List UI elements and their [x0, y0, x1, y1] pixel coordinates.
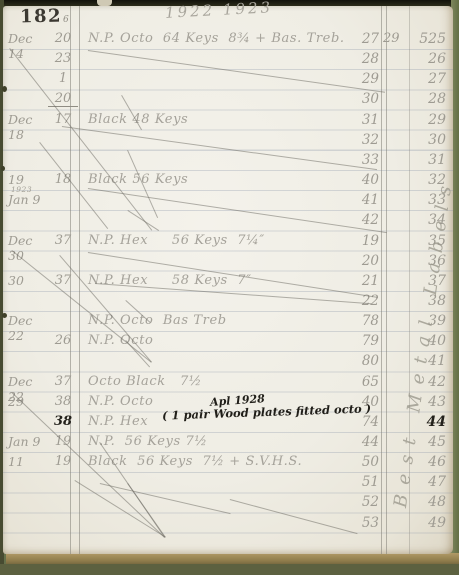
row-entry-number: 47 [410, 474, 446, 490]
row-date: Jan 9 [8, 192, 52, 207]
row-serial-number: 65 [350, 374, 379, 390]
row-serial-number: 40 [350, 172, 379, 188]
ledger-scan: { "colors": { "paper": "#f1efe7", "penci… [0, 0, 459, 575]
row-entry-number: 30 [410, 132, 446, 148]
row-serial-number: 80 [350, 353, 379, 369]
row-serial-number: 52 [350, 494, 379, 510]
row-entry-number: 26 [410, 51, 446, 67]
row-serial-number: 30 [350, 91, 379, 107]
ledger-row: 11 19 Black 56 Keys 7½ + S.V.H.S. 50 46 [3, 454, 453, 474]
ledger-row: 80 41 [3, 353, 453, 373]
ledger-row: Dec 18 17 Black 48 Keys 31 29 [3, 112, 453, 132]
ledger-row: Dec 30 37 N.P. Hex 56 Keys 7¼″ 19 35 [3, 233, 453, 253]
row-ref-number: 37 [48, 233, 78, 248]
ledger-row: 33 31 [3, 152, 453, 172]
row-mid-number: 29 [383, 31, 407, 46]
ledger-row: 19 18 Black 56 Keys 40 32 [3, 172, 453, 192]
ledger-paper: Dec 14 20 N.P. Octo 64 Keys 8¾ + Bas. Tr… [3, 6, 453, 554]
ledger-row: 22 38 [3, 293, 453, 313]
row-serial-number: 21 [350, 273, 379, 289]
edge-speck [2, 86, 7, 92]
row-serial-number: 20 [350, 253, 379, 269]
ledger-row: 1 29 27 [3, 71, 453, 91]
ledger-row: Dec 14 20 N.P. Octo 64 Keys 8¾ + Bas. Tr… [3, 31, 453, 51]
row-description: N.P. Octo [88, 333, 386, 348]
row-description: N.P. Hex 56 Keys 7¼″ [88, 233, 386, 248]
row-serial-number: 74 [350, 414, 379, 430]
row-serial-number: 41 [350, 192, 379, 208]
row-serial-number: 42 [350, 212, 379, 228]
ledger-row: 53 49 [3, 515, 453, 535]
ledger-row: 20 30 28 [3, 91, 453, 111]
row-entry-number: 48 [410, 494, 446, 510]
row-entry-number: 28 [410, 91, 446, 107]
row-serial-number: 28 [350, 51, 379, 67]
ledger-row: 1923 Jan 9 41 33 [3, 192, 453, 212]
ledger-row: Jan 9 19 N.P. 56 Keys 7½ 44 45 [3, 434, 453, 454]
ledger-row: 20 36 [3, 253, 453, 273]
row-serial-number: 32 [350, 132, 379, 148]
row-serial-number: 53 [350, 515, 379, 531]
row-entry-number: 31 [410, 152, 446, 168]
row-ref-number: 17 [48, 112, 78, 127]
row-description: N.P. Octo 64 Keys 8¾ + Bas. Treb. [88, 31, 386, 46]
ledger-row: Dec 22 N.P. Octo Bas Treb 78 39 [3, 313, 453, 333]
row-ref-number: 19 [48, 434, 78, 449]
ledger-row: Dec 22 37 Octo Black 7½ 65 42 [3, 374, 453, 394]
row-ref-number: 23 [48, 51, 78, 66]
row-serial-number: 78 [350, 313, 379, 329]
row-description: N.P. 56 Keys 7½ [88, 434, 386, 449]
ledger-rows: Dec 14 20 N.P. Octo 64 Keys 8¾ + Bas. Tr… [3, 6, 453, 554]
row-ref-number: 19 [48, 454, 78, 469]
row-serial-number: 22 [350, 293, 379, 309]
row-date: 29 [8, 394, 52, 409]
row-entry-number: 27 [410, 71, 446, 87]
row-description: N.P. Hex 58 Keys 7″ [88, 273, 386, 288]
row-serial-number: 31 [350, 112, 379, 128]
folio-note: 6 [63, 15, 69, 25]
ledger-row: 32 30 [3, 132, 453, 152]
row-description: Black 56 Keys [88, 172, 386, 187]
edge-speck [1, 166, 5, 171]
folio-number: 182 [20, 6, 62, 28]
row-date: Jan 9 [8, 434, 52, 449]
row-date: 30 [8, 273, 52, 288]
row-serial-number: 79 [350, 333, 379, 349]
row-description: N.P. Octo Bas Treb [88, 313, 386, 328]
row-entry-number: 49 [410, 515, 446, 531]
row-serial-number: 33 [350, 152, 379, 168]
ledger-row: 42 34 [3, 212, 453, 232]
row-serial-number: 27 [350, 31, 379, 47]
row-ref-number: 38 [48, 394, 78, 409]
row-ref-number: 18 [48, 172, 78, 187]
row-serial-number: 19 [350, 233, 379, 249]
row-ref-number: 1 [48, 71, 78, 86]
row-description: Black 56 Keys 7½ + S.V.H.S. [88, 454, 386, 469]
ledger-row: 23 28 26 [3, 51, 453, 71]
row-description: Black 48 Keys [88, 112, 386, 127]
row-ref-number: 37 [48, 374, 78, 389]
ledger-row: 26 N.P. Octo 79 40 [3, 333, 453, 353]
row-entry-number: 29 [410, 112, 446, 128]
row-serial-number: 29 [350, 71, 379, 87]
ledger-row: 52 48 [3, 494, 453, 514]
row-ref-number: 38 [48, 414, 78, 429]
row-ref-number: 20 [48, 31, 78, 46]
edge-speck [2, 313, 7, 318]
row-date: 11 [8, 454, 52, 469]
row-entry-number: 525 [410, 31, 446, 47]
row-serial-number: 51 [350, 474, 379, 490]
row-serial-number: 50 [350, 454, 379, 470]
ledger-row: 30 37 N.P. Hex 58 Keys 7″ 21 37 [3, 273, 453, 293]
row-serial-number: 44 [350, 434, 379, 450]
ledger-row: 51 47 [3, 474, 453, 494]
row-ref-number: 20 [48, 91, 78, 107]
photo-bottom-edge [0, 564, 459, 575]
row-ref-number: 26 [48, 333, 78, 348]
row-ref-number: 37 [48, 273, 78, 288]
row-description: Octo Black 7½ [88, 374, 386, 389]
